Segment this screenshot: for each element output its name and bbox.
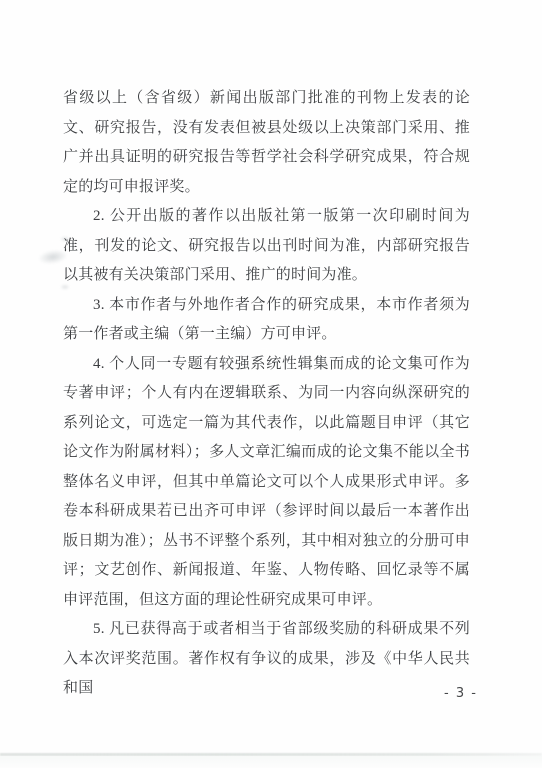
page-number: - 3 -: [444, 686, 477, 701]
paragraph-continuation: 省级以上（含省级）新闻出版部门批准的刊物上发表的论文、研究报告，没有发表但被县处…: [63, 84, 470, 202]
paragraph-item-5: 5. 凡已获得高于或者相当于省部级奖励的科研成果不列入本次评奖范围。著作权有争议…: [63, 615, 470, 704]
document-page: 省级以上（含省级）新闻出版部门批准的刊物上发表的论文、研究报告，没有发表但被县处…: [0, 0, 542, 768]
paragraph-item-3: 3. 本市作者与外地作者合作的研究成果，本市作者须为第一作者或主编（第一主编）方…: [63, 291, 470, 350]
paragraph-item-4: 4. 个人同一专题有较强系统性辑集而成的论文集可作为专著申评；个人有内在逻辑联系…: [63, 350, 470, 616]
document-body: 省级以上（含省级）新闻出版部门批准的刊物上发表的论文、研究报告，没有发表但被县处…: [63, 84, 470, 704]
page-below-shadow: [0, 756, 542, 768]
scan-speck: [60, 236, 70, 242]
scan-speck: [60, 284, 70, 290]
paragraph-item-2: 2. 公开出版的著作以出版社第一版第一次印刷时间为准，刊发的论文、研究报告以出刊…: [63, 202, 470, 291]
